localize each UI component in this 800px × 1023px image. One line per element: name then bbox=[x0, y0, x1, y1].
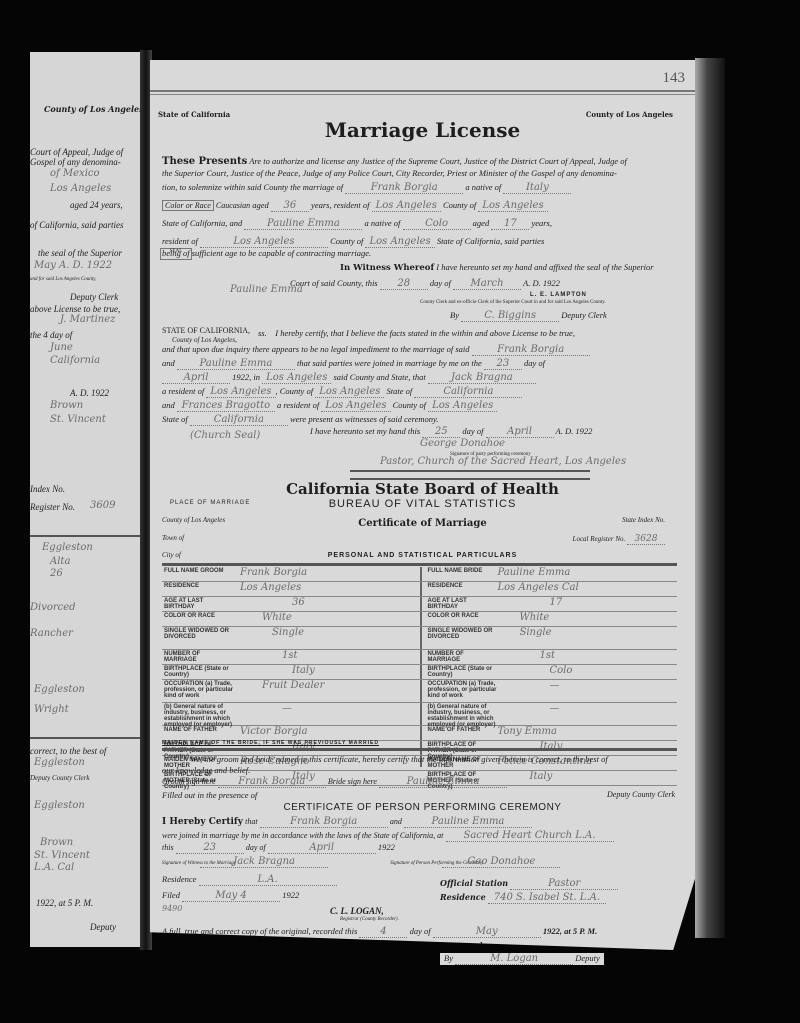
witness-2-field: Frances Bragotto bbox=[177, 400, 275, 412]
by-label: By bbox=[450, 310, 459, 320]
sign-day-field: 25 bbox=[422, 426, 460, 438]
county-of-label-2: County of bbox=[330, 236, 363, 246]
ceremony-bride: Pauline Emma bbox=[404, 816, 532, 828]
witness-2-state: California bbox=[190, 414, 288, 426]
groom-age-field: 36 bbox=[271, 200, 309, 212]
presents-text-1: Are to authorize and license any Justice… bbox=[249, 156, 627, 166]
town-label: Town of bbox=[162, 534, 184, 542]
bride-column: FULL NAME BRIDEPauline Emma RESIDENCELos… bbox=[420, 567, 678, 767]
color-race-box: Color or Race bbox=[162, 200, 214, 211]
left-clerk-line: and for said Los Angeles County, bbox=[30, 277, 140, 282]
groom-signature: Frank Borgia bbox=[218, 776, 326, 788]
sign-year: A. D. 1922 bbox=[556, 426, 593, 436]
joined-text: that said parties were joined in marriag… bbox=[297, 358, 482, 368]
filled-label: Filled out in the presence of bbox=[162, 790, 257, 800]
groom-county-field: Los Angeles bbox=[478, 200, 547, 212]
consent-signature: Pauline Emma bbox=[230, 284, 303, 295]
left-register-value: 3609 bbox=[90, 500, 142, 511]
ceremony-witness-signature: Jack Bragna bbox=[200, 856, 328, 868]
attest-text-2: our knowledge and belief. bbox=[162, 765, 677, 775]
left-groom-sign: Eggleston bbox=[34, 757, 142, 768]
in-label: in bbox=[253, 372, 260, 382]
witness-1-residence: Los Angeles bbox=[206, 386, 275, 398]
officiant-title: Pastor, Church of the Sacred Heart, Los … bbox=[380, 456, 626, 467]
left-officiant: Brown bbox=[50, 400, 142, 411]
recorded-year: 1922, at 5 P. M. bbox=[543, 926, 597, 936]
left-month: June bbox=[50, 342, 142, 353]
cert-text-1: I hereby certify, that I believe the fac… bbox=[275, 328, 575, 338]
certificate-subtitle: Certificate of Marriage bbox=[150, 518, 695, 529]
said-parties-text: State of California, said parties bbox=[437, 236, 544, 246]
groom-native-field: Italy bbox=[503, 182, 571, 194]
ceremony-heading: CERTIFICATE OF PERSON PERFORMING CEREMON… bbox=[150, 802, 695, 813]
left-day-line: the 4 day of bbox=[30, 330, 140, 340]
left-state-line: of California, said parties bbox=[30, 220, 140, 230]
left-residence-3: L.A. Cal bbox=[34, 862, 142, 873]
performer-signature: Geo Donahoe bbox=[442, 856, 560, 868]
left-station: St. Vincent bbox=[34, 850, 142, 861]
cert-year: 1922 bbox=[232, 372, 249, 382]
left-occupation: Rancher bbox=[30, 628, 140, 639]
bride-name-field: Pauline Emma bbox=[244, 218, 362, 230]
native-of-label: a native of bbox=[465, 182, 501, 192]
ceremony-groom: Frank Borgia bbox=[260, 816, 388, 828]
clerk-name: L. E. LAMPTON bbox=[530, 292, 587, 298]
left-native: of Mexico bbox=[50, 168, 142, 179]
aged-label: aged bbox=[252, 200, 269, 210]
left-seal-line: the seal of the Superior bbox=[38, 248, 142, 258]
cert-month-field: April bbox=[162, 372, 230, 384]
groom-sign-label: Groom sign here bbox=[162, 777, 216, 786]
present-text: were present as witnesses of said ceremo… bbox=[290, 414, 439, 424]
local-register-label: Local Register No. bbox=[573, 535, 626, 543]
bride-full-name: Pauline Emma bbox=[498, 567, 571, 578]
cert-state-heading: STATE OF CALIFORNIA, bbox=[162, 326, 250, 335]
groom-age: 36 bbox=[292, 597, 305, 608]
bride-father: Tony Emma bbox=[498, 726, 557, 737]
left-line-2: Gospel of any denomina- bbox=[30, 157, 140, 167]
ceremony-year: 1922 bbox=[378, 842, 395, 852]
hand-text: I have hereunto set my hand this bbox=[310, 426, 420, 436]
groom-number: 1st bbox=[282, 650, 298, 661]
groom-residence: Los Angeles bbox=[240, 582, 301, 593]
aged-label-2: aged bbox=[473, 218, 490, 228]
resident-of-label-2: a resident of bbox=[162, 386, 204, 396]
registrar-title: Registrar (County Recorder). bbox=[340, 917, 399, 922]
cert-bride-field: Pauline Emma bbox=[177, 358, 295, 370]
particulars-heading: PERSONAL AND STATISTICAL PARTICULARS bbox=[150, 552, 695, 559]
ornamental-divider bbox=[350, 470, 590, 480]
left-residence: Los Angeles bbox=[50, 183, 142, 194]
caucasian-label: Caucasian bbox=[216, 201, 250, 210]
bride-age: 17 bbox=[550, 597, 563, 608]
right-page-edge bbox=[695, 58, 725, 938]
county-state-text: said County and State, that bbox=[333, 372, 425, 382]
particulars-grid: FULL NAME GROOMFrank Borgia RESIDENCELos… bbox=[162, 567, 677, 767]
left-status: Divorced bbox=[30, 602, 140, 613]
left-year-line: A. D. 1922 bbox=[70, 388, 142, 398]
resident-of-label: resident of bbox=[162, 236, 198, 246]
bride-county-field: Los Angeles bbox=[365, 236, 434, 248]
left-aged: aged 24 years, bbox=[70, 200, 142, 210]
witness-text: I have hereunto set my hand and affixed … bbox=[436, 262, 653, 272]
and-label: and bbox=[162, 358, 175, 368]
recorded-month: May bbox=[433, 926, 541, 938]
groom-industry: — bbox=[282, 703, 292, 714]
left-birthplace: Wright bbox=[34, 704, 142, 715]
bride-signature: Pauline Emma bbox=[379, 776, 507, 788]
cert-place-field: Los Angeles bbox=[262, 372, 331, 384]
copy-text: A full, true and correct copy of the ori… bbox=[162, 926, 357, 936]
bride-number: 1st bbox=[540, 650, 556, 661]
left-witness: J. Martinez bbox=[60, 314, 142, 325]
bride-birthplace: Colo bbox=[550, 665, 573, 676]
groom-color: White bbox=[262, 612, 292, 623]
witness-1-state: California bbox=[414, 386, 522, 398]
left-index-label: Index No. bbox=[30, 484, 140, 494]
marriage-record-page: 143 State of California County of Los An… bbox=[150, 60, 695, 950]
cert-county-heading: County of Los Angeles, bbox=[172, 336, 237, 344]
bride-occupation: — bbox=[550, 680, 560, 691]
bride-native-field: Colo bbox=[403, 218, 471, 230]
groom-occupation: Fruit Dealer bbox=[262, 680, 324, 691]
state-and-label: State of California, and bbox=[162, 218, 242, 228]
groom-father: Victor Borgia bbox=[240, 726, 308, 737]
presents-text-2: the Superior Court, Justice of the Peace… bbox=[162, 168, 677, 178]
bride-industry: — bbox=[550, 703, 560, 714]
deputy-signature: C. Biggins bbox=[461, 310, 559, 322]
attest-text-1: We, the groom and bride named in this ce… bbox=[190, 754, 677, 764]
day-of-label: day of bbox=[430, 278, 451, 288]
recorder-deputy-signature: M. Logan bbox=[455, 953, 573, 965]
seal-box: SEAL bbox=[160, 248, 192, 260]
ceremony-location: Sacred Heart Church L.A. bbox=[446, 830, 614, 842]
left-title: St. Vincent bbox=[50, 414, 142, 425]
filed-month: May 4 bbox=[182, 890, 280, 902]
years-resident-label: years, resident of bbox=[311, 200, 369, 210]
left-groom: Eggleston bbox=[42, 542, 142, 553]
court-text: Court of said County, this bbox=[290, 278, 378, 288]
left-deputy-2: Deputy bbox=[90, 922, 142, 932]
header-rule bbox=[150, 90, 695, 95]
recorder-name: C. L. LOGAN, County Recorder bbox=[376, 940, 489, 950]
bride-residence-field: Los Angeles bbox=[200, 236, 328, 248]
bride-sign-label: Bride sign here bbox=[328, 777, 377, 786]
groom-residence-field: Los Angeles bbox=[372, 200, 441, 212]
license-month-field: March bbox=[453, 278, 521, 290]
witness-heading: In Witness Whereof bbox=[340, 263, 434, 273]
presents-text-3: tion, to solemnize within said County th… bbox=[162, 182, 343, 192]
groom-name-field: Frank Borgia bbox=[345, 182, 463, 194]
witness-2-residence: Los Angeles bbox=[321, 400, 390, 412]
board-title: California State Board of Health bbox=[150, 480, 695, 498]
ss-label: ss. bbox=[258, 328, 267, 338]
deputy-county-clerk: Deputy County Clerk bbox=[607, 790, 675, 799]
left-residence-2: Alta bbox=[50, 556, 142, 567]
ceremony-day: 23 bbox=[176, 842, 244, 854]
request-by: Pastor bbox=[206, 940, 374, 952]
state-of-label-2: State of bbox=[162, 414, 188, 424]
groom-full-name: Frank Borgia bbox=[240, 567, 307, 578]
left-page-strip: County of Los Angeles Court of Appeal, J… bbox=[30, 52, 142, 947]
years-label: years, bbox=[531, 218, 552, 228]
left-officiant-2: Brown bbox=[40, 837, 142, 848]
native-of-label-2: a native of bbox=[365, 218, 401, 228]
page-number: 143 bbox=[663, 70, 686, 87]
left-father: Eggleston bbox=[34, 684, 142, 695]
state-of-label: State of bbox=[387, 386, 413, 396]
left-attest: correct, to the best of bbox=[30, 746, 140, 756]
presents-heading: These Presents bbox=[162, 156, 247, 167]
performer-residence: 740 S. Isabel St. L.A. bbox=[488, 892, 606, 904]
bride-status: Single bbox=[520, 627, 552, 638]
bride-residence: Los Angeles Cal bbox=[498, 582, 579, 593]
capable-text: being of sufficient age to be capable of… bbox=[162, 248, 677, 258]
groom-status: Single bbox=[272, 627, 304, 638]
left-county-label: County of Los Angeles bbox=[44, 104, 142, 114]
cert-groom-field: Frank Borgia bbox=[472, 344, 590, 356]
recorded-day: 4 bbox=[359, 926, 407, 938]
witness-residence: L.A. bbox=[199, 874, 337, 886]
left-license-line: above License to be true, bbox=[30, 304, 140, 314]
place-heading: PLACE OF MARRIAGE bbox=[170, 500, 250, 506]
clerk-title: County Clerk and ex-officio Clerk of the… bbox=[420, 300, 606, 305]
registrar-name: C. L. LOGAN, bbox=[330, 906, 384, 916]
groom-column: FULL NAME GROOMFrank Borgia RESIDENCELos… bbox=[162, 567, 422, 767]
license-day-field: 28 bbox=[380, 278, 428, 290]
left-cert-groom: Eggleston bbox=[34, 800, 142, 811]
officiant-signature: George Donahoe bbox=[420, 438, 505, 449]
ceremony-month: April bbox=[268, 842, 376, 854]
day-of-label-2: day of bbox=[524, 358, 545, 368]
cert-text-2: and that upon due inquiry there appears … bbox=[162, 344, 470, 354]
sign-month-field: April bbox=[486, 426, 554, 438]
left-deputy-clerk: Deputy County Clerk bbox=[30, 774, 140, 782]
left-recorded: 1922, at 5 P. M. bbox=[36, 898, 142, 908]
file-number: 9490 bbox=[162, 904, 182, 913]
left-state: California bbox=[50, 355, 142, 366]
ceremony-joined-text: were joined in marriage by me in accorda… bbox=[162, 831, 443, 840]
cert-day-field: 23 bbox=[484, 358, 522, 370]
witness-1-field: Jack Bragna bbox=[428, 372, 536, 384]
left-age: 26 bbox=[50, 568, 142, 579]
official-station: Pastor bbox=[510, 878, 618, 890]
local-register-value: 3628 bbox=[627, 534, 665, 545]
deputy-clerk-label: Deputy Clerk bbox=[561, 310, 607, 320]
maiden-name-label: MAIDEN NAME OF THE BRIDE, IF SHE WAS PRE… bbox=[162, 740, 379, 746]
bride-color: White bbox=[520, 612, 550, 623]
resident-of-label-3: a resident of bbox=[277, 400, 319, 410]
left-month-year: May A. D. 1922 bbox=[34, 260, 142, 271]
county-of-label: County of bbox=[443, 200, 476, 210]
filed-year: 1922 bbox=[282, 890, 299, 900]
deputy-line: By M. Logan Deputy bbox=[440, 953, 604, 965]
witness-1-county: Los Angeles bbox=[315, 386, 384, 398]
groom-birthplace: Italy bbox=[292, 665, 315, 676]
left-line-1: Court of Appeal, Judge of bbox=[30, 147, 140, 157]
church-seal: (Church Seal) bbox=[190, 430, 260, 441]
certify-label: I Hereby Certify bbox=[162, 817, 243, 827]
license-year: A. D. 1922 bbox=[523, 278, 560, 288]
bride-age-field: 17 bbox=[491, 218, 529, 230]
left-deputy: Deputy Clerk bbox=[70, 292, 142, 302]
license-title: Marriage License bbox=[150, 118, 695, 142]
witness-2-county: Los Angeles bbox=[428, 400, 497, 412]
left-dark-background bbox=[0, 0, 30, 1023]
